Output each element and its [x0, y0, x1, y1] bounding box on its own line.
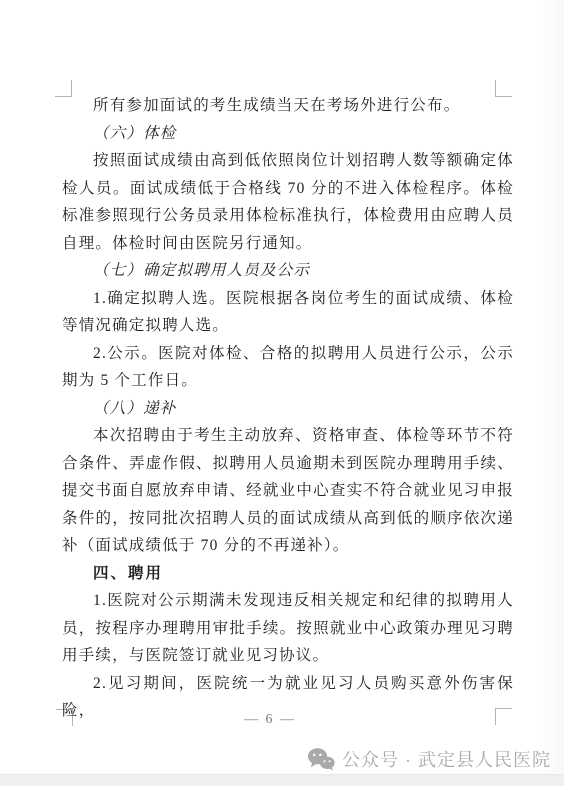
scan-edge-shading: [538, 0, 564, 786]
document-body: 所有参加面试的考生成绩当天在考场外进行公布。 （六）体检 按照面试成绩由高到低依…: [62, 92, 514, 725]
paragraph-physical-exam-rules: 按照面试成绩由高到低依照岗位计划招聘人数等额确定体检人员。面试成绩低于合格线 7…: [62, 147, 514, 257]
paragraph-confirm-candidates: 1.确定拟聘人选。医院根据各岗位考生的面试成绩、体检等情况确定拟聘人选。: [62, 285, 514, 340]
page-number: — 6 —: [0, 712, 540, 728]
watermark: 公众号 · 武定县人民医院: [307, 746, 551, 772]
page-bottom-strip: [0, 774, 564, 786]
watermark-text: 公众号 · 武定县人民医院: [342, 746, 551, 772]
wechat-icon: [307, 748, 335, 771]
heading-section-8-replacement: （八）递补: [62, 395, 514, 423]
paragraph-interview-results: 所有参加面试的考生成绩当天在考场外进行公布。: [62, 92, 514, 120]
paragraph-employment-procedure: 1.医院对公示期满未发现违反相关规定和纪律的拟聘用人员，按程序办理聘用审批手续。…: [62, 587, 514, 670]
heading-section-6-physical-exam: （六）体检: [62, 120, 514, 148]
heading-section-7-candidates-publicity: （七）确定拟聘用人员及公示: [62, 257, 514, 285]
document-page: { "document": { "paragraphs": [ { "style…: [0, 0, 564, 786]
heading-section-4-employment: 四、聘用: [62, 560, 514, 588]
paragraph-publicity-period: 2.公示。医院对体检、合格的拟聘用人员进行公示，公示期为 5 个工作日。: [62, 340, 514, 395]
paragraph-replacement-rules: 本次招聘由于考生主动放弃、资格审查、体检等环节不符合条件、弄虚作假、拟聘用人员逾…: [62, 422, 514, 560]
